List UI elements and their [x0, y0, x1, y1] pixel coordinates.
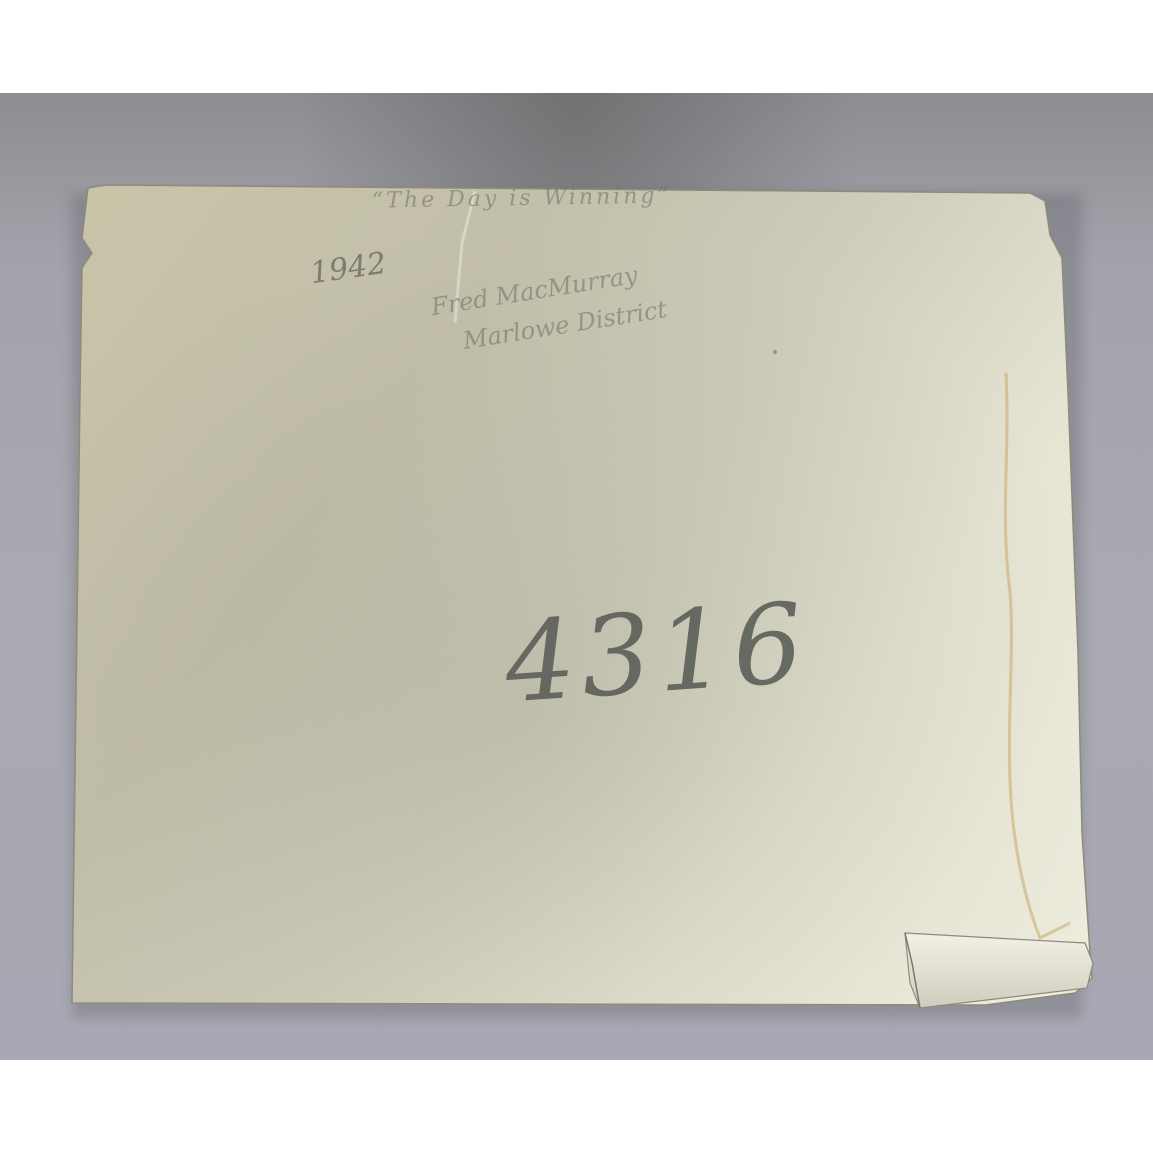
photograph: “The Day is Winning” 1942 Fred MacMurray… [0, 93, 1153, 1060]
photo-paper-back [0, 93, 1153, 1060]
pencil-dot [773, 350, 777, 354]
handwritten-quote: “The Day is Winning” [372, 183, 672, 213]
handwritten-number: 4316 [502, 588, 813, 719]
folded-corner [905, 933, 1093, 1008]
